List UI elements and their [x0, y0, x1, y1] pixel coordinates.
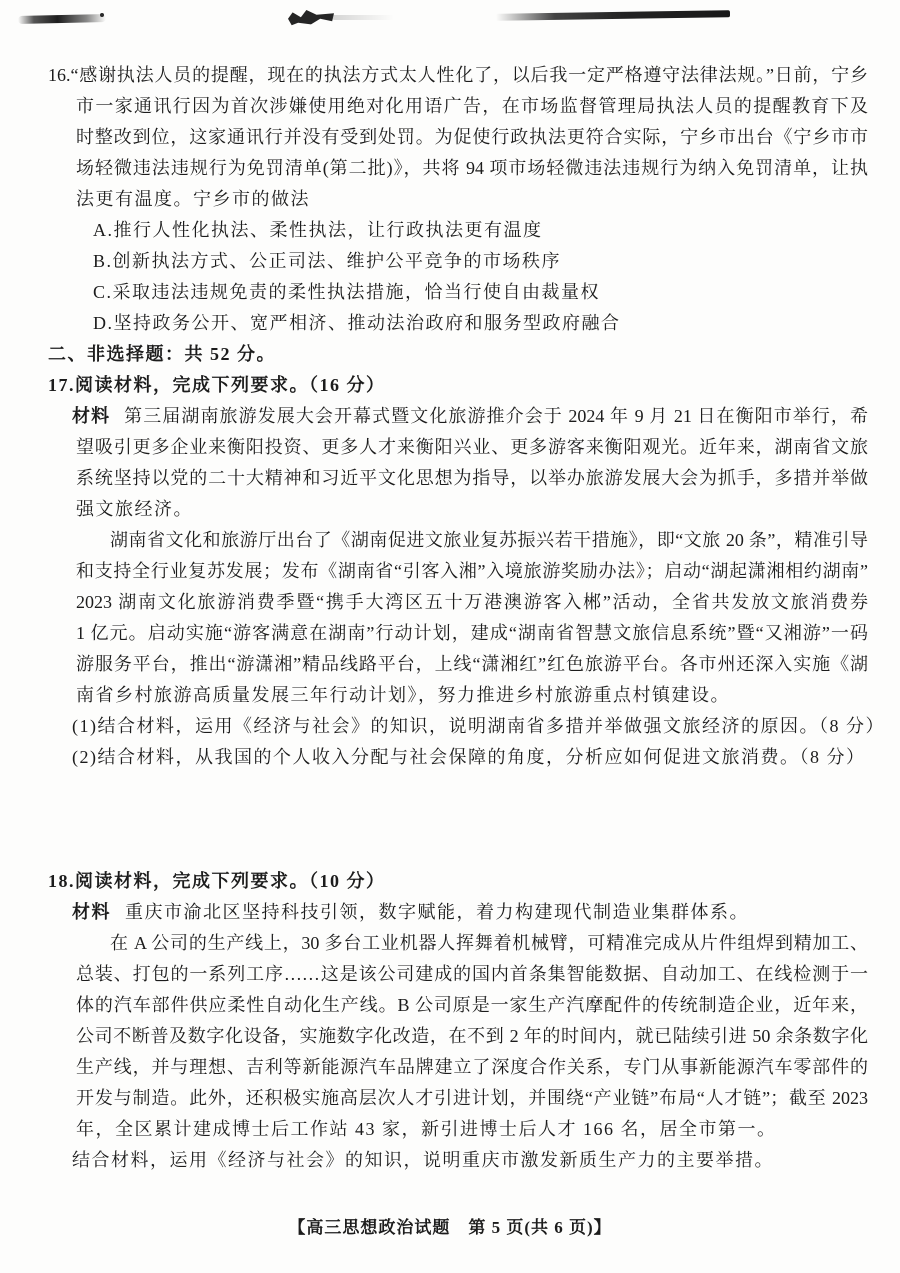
question-16-stem-text: “感谢执法人员的提醒，现在的执法方式太人性化了，以后我一定严格遵守法律法规。”日…	[71, 65, 869, 85]
question-18-task: 结合材料，运用《经济与社会》的知识，说明重庆市激发新质生产力的主要举措。	[72, 1145, 868, 1176]
question-17-material-text: 第三届湖南旅游发展大会开幕式暨文化旅游推介会于 2024 年 9 月 21 日在…	[124, 406, 868, 426]
question-16-option-d: D.坚持政务公开、宽严相济、推动法治政府和服务型政府融合	[93, 308, 868, 339]
question-16-stem-line: 16.“感谢执法人员的提醒，现在的执法方式太人性化了，以后我一定严格遵守法律法规…	[48, 60, 868, 91]
question-18-material-line: 总装、打包的一系列工序……这是该公司建成的国内首条集智能数据、自动加工、在线检测…	[76, 959, 868, 990]
question-18-material-line: 材料重庆市渝北区坚持科技引领，数字赋能，着力构建现代制造业集群体系。	[72, 897, 868, 928]
question-17-material-line: 望吸引更多企业来衡阳投资、更多人才来衡阳兴业、更多游客来衡阳观光。近年来，湖南省…	[76, 432, 868, 463]
question-17-material-line: 2023 湖南文化旅游消费季暨“携手大湾区五十万港澳游客入郴”活动，全省共发放文…	[76, 587, 868, 618]
question-18-header: 18.阅读材料，完成下列要求。（10 分）	[48, 866, 868, 897]
question-17-material-line: 和支持全行业复苏发展；发布《湖南省“引客入湘”入境旅游奖励办法》；启动“湖起潇湘…	[76, 556, 868, 587]
question-16-stem-line: 市一家通讯行因为首次涉嫌使用绝对化用语广告，在市场监督管理局执法人员的提醒教育下…	[76, 91, 868, 122]
scan-smudge-right	[496, 10, 730, 21]
question-17: 17.阅读材料，完成下列要求。（16 分） 材料第三届湖南旅游发展大会开幕式暨文…	[48, 370, 868, 773]
question-16-stem-line: 时整改到位，这家通讯行并没有受到处罚。为促使行政执法更符合实际，宁乡市出台《宁乡…	[76, 122, 868, 153]
question-18-material-line: 生产线，并与理想、吉利等新能源汽车品牌建立了深度合作关系，专门从事新能源汽车零部…	[76, 1052, 868, 1083]
exam-page: 16.“感谢执法人员的提醒，现在的执法方式太人性化了，以后我一定严格遵守法律法规…	[0, 0, 900, 1273]
question-16-option-a: A.推行人性化执法、柔性执法，让行政执法更有温度	[93, 215, 868, 246]
question-18-material-line: 开发与制造。此外，还积极实施高层次人才引进计划，并围绕“产业链”布局“人才链”；…	[76, 1083, 868, 1114]
question-18-material-text: 重庆市渝北区坚持科技引领，数字赋能，着力构建现代制造业集群体系。	[125, 902, 749, 922]
question-16-stem-line: 场轻微违法违规行为免罚清单(第二批)》，共将 94 项市场轻微违法违规行为纳入免…	[76, 153, 868, 184]
question-17-material-line: 南省乡村旅游高质量发展三年行动计划》，努力推进乡村旅游重点村镇建设。	[76, 680, 868, 711]
material-label: 材料	[72, 406, 110, 426]
scan-smudge-left	[18, 14, 106, 24]
question-18-header-text: 阅读材料，完成下列要求。（10 分）	[75, 871, 386, 891]
question-16-option-c: C.采取违法违规免责的柔性执法措施，恰当行使自由裁量权	[93, 277, 868, 308]
scan-smudge-middle-tail	[332, 15, 394, 20]
question-17-material-line: 湖南省文化和旅游厅出台了《湖南促进文旅业复苏振兴若干措施》，即“文旅 20 条”…	[110, 525, 868, 556]
page-footer: 【高三思想政治试题 第 5 页(共 6 页)】	[0, 1213, 900, 1238]
section-2-heading: 二、非选择题：共 52 分。	[48, 339, 868, 370]
question-17-subquestion-2: (2)结合材料，从我国的个人收入分配与社会保障的角度，分析应如何促进文旅消费。（…	[72, 742, 868, 773]
question-17-number: 17.	[48, 375, 75, 395]
question-17-material-line: 系统坚持以党的二十大精神和习近平文化思想为指导，以举办旅游发展大会为抓手，多措并…	[76, 463, 868, 494]
question-16-option-b: B.创新执法方式、公正司法、维护公平竞争的市场秩序	[93, 246, 868, 277]
question-16-number: 16.	[48, 65, 71, 85]
question-17-material-line: 材料第三届湖南旅游发展大会开幕式暨文化旅游推介会于 2024 年 9 月 21 …	[72, 401, 868, 432]
question-18-number: 18.	[48, 871, 75, 891]
material-label: 材料	[72, 902, 111, 922]
question-17-material-line: 游服务平台，推出“游潇湘”精品线路平台，上线“潇湘红”红色旅游平台。各市州还深入…	[76, 649, 868, 680]
scan-speck	[100, 13, 104, 17]
question-18: 18.阅读材料，完成下列要求。（10 分） 材料重庆市渝北区坚持科技引领，数字赋…	[48, 866, 868, 1176]
question-18-material-line: 体的汽车部件供应柔性自动化生产线。B 公司原是一家生产汽摩配件的传统制造企业，近…	[76, 990, 868, 1021]
question-18-material-line: 在 A 公司的生产线上，30 多台工业机器人挥舞着机械臂，可精准完成从片件组焊到…	[110, 928, 868, 959]
question-17-material-line: 强文旅经济。	[76, 494, 868, 525]
scan-smudge-middle	[288, 10, 334, 26]
question-18-material-line: 公司不断普及数字化设备，实施数字化改造，在不到 2 年的时间内，就已陆续引进 5…	[76, 1021, 868, 1052]
question-17-subquestion-1: (1)结合材料，运用《经济与社会》的知识，说明湖南省多措并举做强文旅经济的原因。…	[72, 711, 868, 742]
question-17-header: 17.阅读材料，完成下列要求。（16 分）	[48, 370, 868, 401]
question-17-material-line: 1 亿元。启动实施“游客满意在湖南”行动计划，建成“湖南省智慧文旅信息系统”暨“…	[76, 618, 868, 649]
question-16-stem-line: 法更有温度。宁乡市的做法	[76, 184, 868, 215]
question-17-header-text: 阅读材料，完成下列要求。（16 分）	[75, 375, 386, 395]
question-18-material-line: 年，全区累计建成博士后工作站 43 家，新引进博士后人才 166 名，居全市第一…	[76, 1114, 868, 1145]
exam-content: 16.“感谢执法人员的提醒，现在的执法方式太人性化了，以后我一定严格遵守法律法规…	[48, 60, 868, 1176]
question-16: 16.“感谢执法人员的提醒，现在的执法方式太人性化了，以后我一定严格遵守法律法规…	[48, 60, 868, 339]
